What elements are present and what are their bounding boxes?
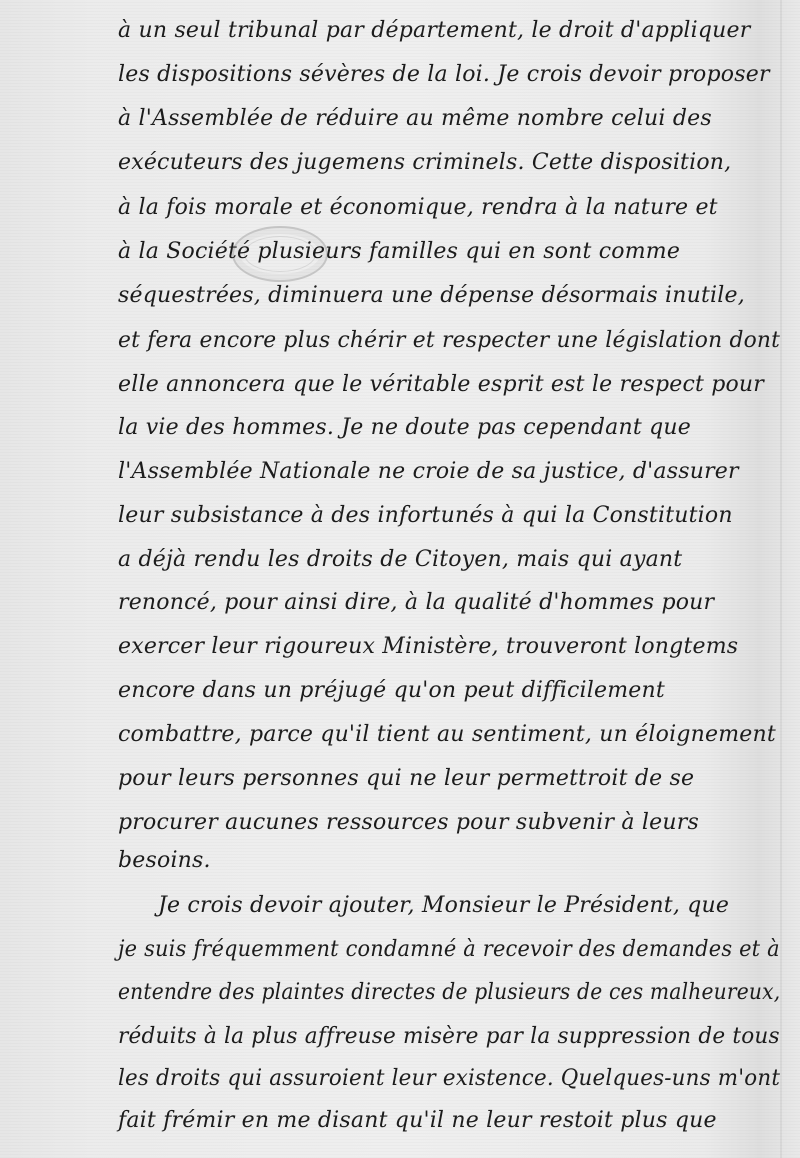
text-line: séquestrées, diminuera une dépense désor… — [118, 283, 745, 308]
text-line: pour leurs personnes qui ne leur permett… — [118, 766, 694, 791]
text-line: et fera encore plus chérir et respecter … — [118, 328, 780, 353]
text-line: a déjà rendu les droits de Citoyen, mais… — [118, 547, 682, 572]
text-line: besoins. — [118, 848, 211, 873]
text-line: l'Assemblée Nationale ne croie de sa jus… — [118, 459, 739, 484]
text-line: à un seul tribunal par département, le d… — [118, 18, 750, 43]
text-line: à l'Assemblée de réduire au même nombre … — [118, 106, 712, 131]
text-line: les dispositions sévères de la loi. Je c… — [118, 62, 770, 87]
text-line: à la Société plusieurs familles qui en s… — [118, 239, 680, 264]
text-line: procurer aucunes ressources pour subveni… — [118, 810, 699, 835]
text-line: les droits qui assuroient leur existence… — [118, 1066, 780, 1091]
text-line: renoncé, pour ainsi dire, à la qualité d… — [118, 590, 714, 615]
text-line: elle annoncera que le véritable esprit e… — [118, 372, 764, 397]
text-line: à la fois morale et économique, rendra à… — [118, 195, 718, 220]
paragraph-start-line: Je crois devoir ajouter, Monsieur le Pré… — [158, 893, 729, 918]
text-line: réduits à la plus affreuse misère par la… — [118, 1024, 780, 1049]
text-line: combattre, parce qu'il tient au sentimen… — [118, 722, 776, 747]
text-line: entendre des plaintes directes de plusie… — [118, 980, 780, 1005]
text-line: exercer leur rigoureux Ministère, trouve… — [118, 634, 738, 659]
text-line: encore dans un préjugé qu'on peut diffic… — [118, 678, 665, 703]
text-line: exécuteurs des jugemens criminels. Cette… — [118, 150, 731, 175]
text-line: je suis fréquemment condamné à recevoir … — [118, 937, 780, 962]
text-line: leur subsistance à des infortunés à qui … — [118, 503, 733, 528]
manuscript-page: à un seul tribunal par département, le d… — [0, 0, 800, 1158]
text-line: la vie des hommes. Je ne doute pas cepen… — [118, 415, 691, 440]
text-line: fait frémir en me disant qu'il ne leur r… — [118, 1108, 717, 1133]
